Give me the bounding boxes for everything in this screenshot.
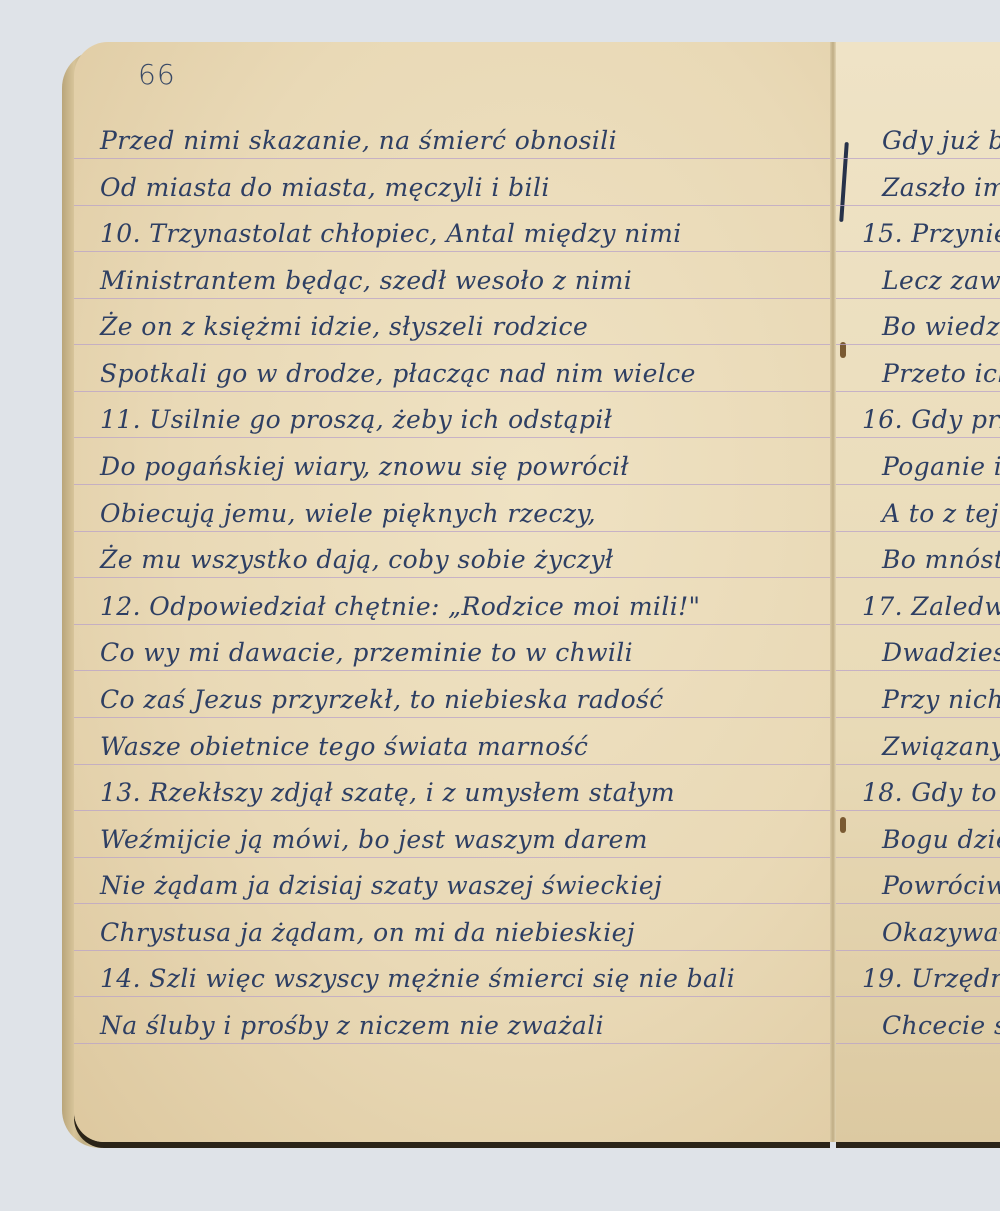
verse-line: Lecz zawa	[882, 266, 1000, 295]
verse-line: 14. Szli więc wszyscy mężnie śmierci się…	[100, 964, 735, 993]
ruled-line	[74, 903, 830, 904]
ruled-line	[74, 484, 830, 485]
ruled-line	[836, 810, 1000, 811]
notebook: 66 Przed nimi skazanie, na śmierć obnosi…	[62, 42, 1000, 1152]
verse-line: Dwadzieścia	[882, 638, 1000, 667]
ruled-line	[74, 670, 830, 671]
ruled-line	[836, 903, 1000, 904]
ruled-line	[74, 577, 830, 578]
ruled-line	[836, 577, 1000, 578]
verse-line: Że on z księżmi idzie, słyszeli rodzice	[100, 312, 588, 341]
ruled-line	[74, 531, 830, 532]
verse-line: Od miasta do miasta, męczyli i bili	[100, 173, 550, 202]
verse-line: Bo wiedziel	[882, 312, 1000, 341]
page-number: 66	[138, 58, 176, 91]
verse-line: Na śluby i prośby z niczem nie zważali	[100, 1011, 604, 1040]
verse-line: 12. Odpowiedział chętnie: „Rodzice moi m…	[100, 592, 700, 621]
verse-line: Do pogańskiej wiary, znowu się powrócił	[100, 452, 629, 481]
ruled-line	[74, 437, 830, 438]
verse-line: Przy nich t	[882, 685, 1000, 714]
ruled-line	[74, 251, 830, 252]
verse-line: Gdy już b	[882, 126, 1000, 155]
verse-line: Bo mnóstw	[882, 545, 1000, 574]
ruled-line	[836, 437, 1000, 438]
ruled-line	[836, 996, 1000, 997]
verse-line: Przeto ich	[882, 359, 1000, 388]
ruled-line	[74, 344, 830, 345]
verse-line: Chrystusa ja żądam, on mi da niebieskiej	[100, 918, 635, 947]
verse-line: Związanych	[882, 732, 1000, 761]
ruled-line	[74, 391, 830, 392]
verse-line: 10. Trzynastolat chłopiec, Antal między …	[100, 219, 682, 248]
verse-line: 11. Usilnie go proszą, żeby ich odstąpił	[100, 405, 612, 434]
verse-line: 15. Przynieśl	[862, 219, 1000, 248]
ruled-line	[74, 810, 830, 811]
ruled-line	[836, 1043, 1000, 1044]
ruled-line	[836, 624, 1000, 625]
ruled-line	[74, 158, 830, 159]
right-page: Gdy już b Zaszło im 15. Przynieśl Lecz z…	[836, 42, 1000, 1142]
ruled-line	[836, 251, 1000, 252]
verse-line: Spotkali go w drodze, płacząc nad nim wi…	[100, 359, 696, 388]
ruled-line	[836, 764, 1000, 765]
verse-line: Chcecie się	[882, 1011, 1000, 1040]
ruled-line	[74, 996, 830, 997]
verse-line: Co zaś Jezus przyrzekł, to niebieska rad…	[100, 685, 664, 714]
verse-line: Że mu wszystko dają, coby sobie życzył	[100, 545, 614, 574]
ruled-line	[836, 717, 1000, 718]
verse-line: 18. Gdy to	[862, 778, 997, 807]
verse-line: Przed nimi skazanie, na śmierć obnosili	[100, 126, 617, 155]
verse-line: Weźmijcie ją mówi, bo jest waszym darem	[100, 825, 648, 854]
verse-line: Powróciwszy	[882, 871, 1000, 900]
ruled-line	[74, 624, 830, 625]
ruled-line	[836, 857, 1000, 858]
ruled-line	[74, 950, 830, 951]
ruled-line	[74, 764, 830, 765]
verse-line: Ministrantem będąc, szedł wesoło z nimi	[100, 266, 632, 295]
verse-line: Obiecują jemu, wiele pięknych rzeczy,	[100, 499, 596, 528]
verse-line: Okazywał	[882, 918, 1000, 947]
verse-line: Bogu dzięki	[882, 825, 1000, 854]
verse-line: 13. Rzekłszy zdjął szatę, i z umysłem st…	[100, 778, 675, 807]
verse-line: Co wy mi dawacie, przeminie to w chwili	[100, 638, 633, 667]
verse-line: 16. Gdy przy	[862, 405, 1000, 434]
margin-mark	[839, 142, 849, 222]
ruled-line	[836, 344, 1000, 345]
verse-line: Zaszło im	[882, 173, 1000, 202]
ruled-line	[836, 391, 1000, 392]
verse-line: Poganie ich	[882, 452, 1000, 481]
verse-line: Wasze obietnice tego świata marność	[100, 732, 588, 761]
ruled-line	[74, 857, 830, 858]
ruled-line	[74, 205, 830, 206]
left-page: 66 Przed nimi skazanie, na śmierć obnosi…	[74, 42, 830, 1142]
ruled-line	[836, 531, 1000, 532]
ruled-line	[836, 950, 1000, 951]
staple-hole	[840, 817, 846, 833]
ruled-line	[836, 670, 1000, 671]
ruled-line	[836, 298, 1000, 299]
ruled-line	[74, 298, 830, 299]
ruled-line	[74, 717, 830, 718]
ruled-line	[836, 484, 1000, 485]
ruled-line	[74, 1043, 830, 1044]
ruled-line	[836, 158, 1000, 159]
verse-line: 19. Urzędnik	[862, 964, 1000, 993]
verse-line: 17. Zaledwo	[862, 592, 1000, 621]
verse-line: Nie żądam ja dzisiaj szaty waszej świeck…	[100, 871, 662, 900]
ruled-line	[836, 205, 1000, 206]
verse-line: A to z tej	[882, 499, 999, 528]
